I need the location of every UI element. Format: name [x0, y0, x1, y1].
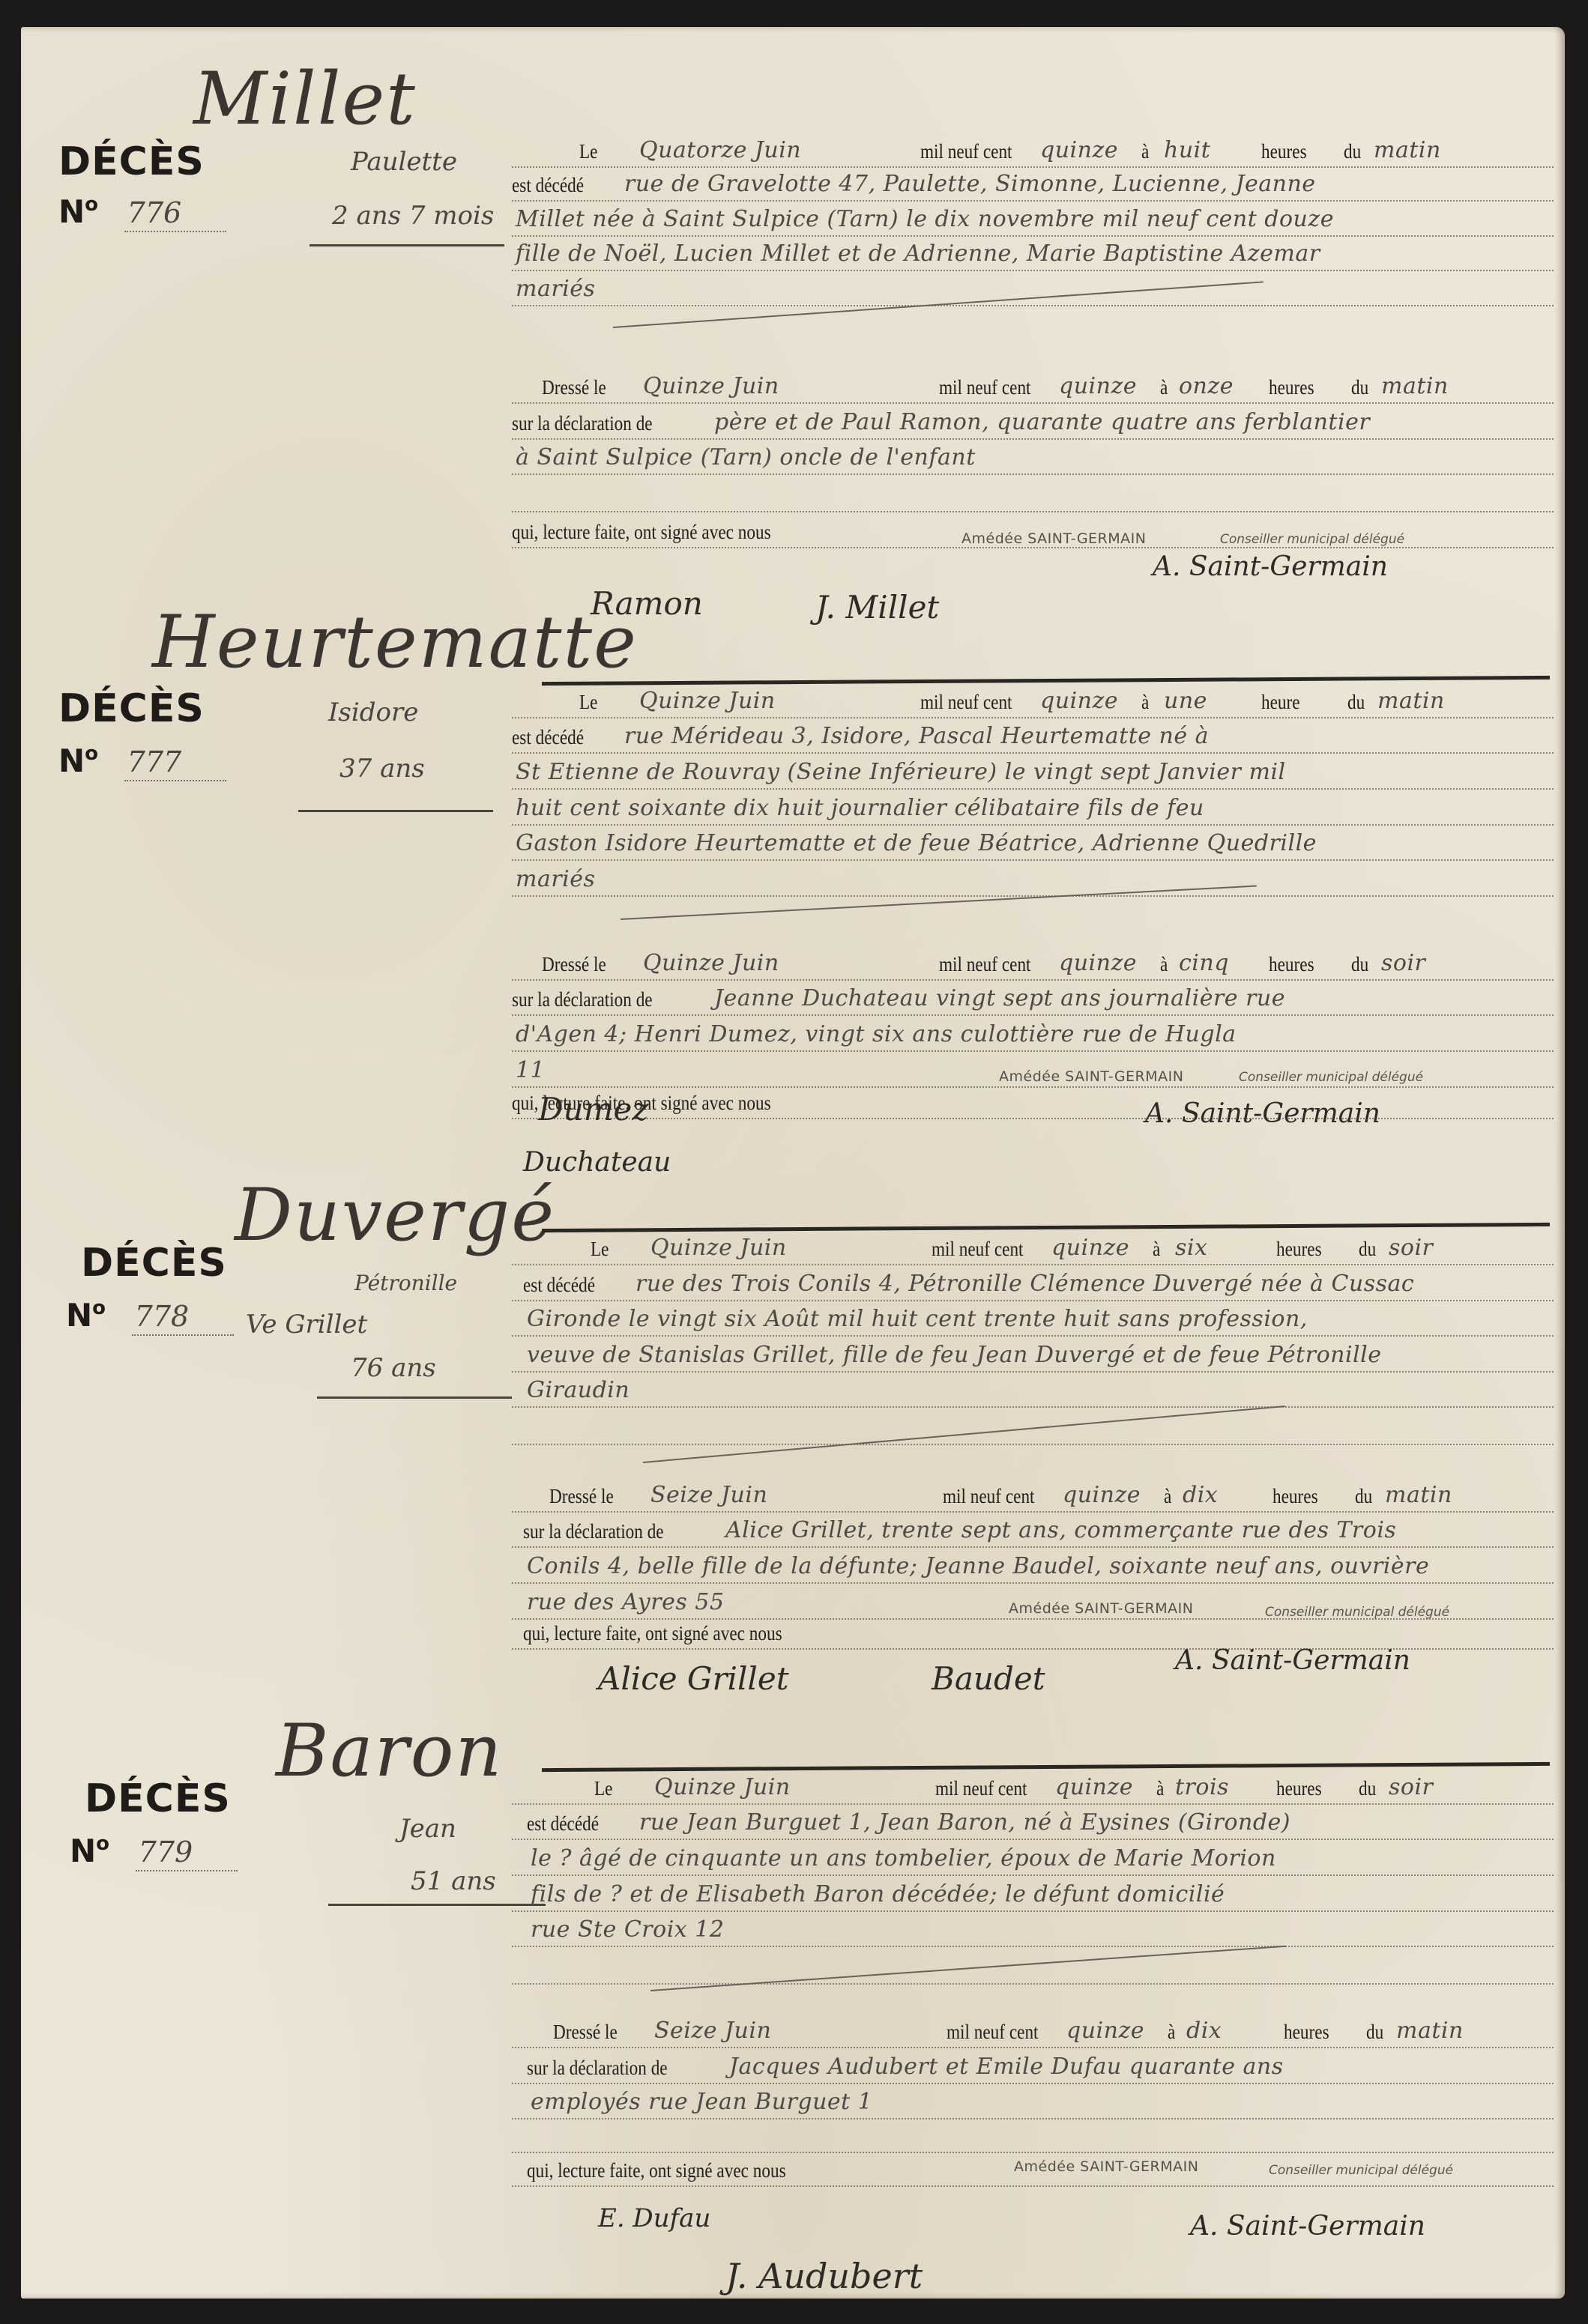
death-text-line: mariés — [512, 270, 1554, 306]
death-text-line: Giraudin — [512, 1372, 1554, 1408]
officer-stamp: Amédée SAINT-GERMAIN — [999, 1068, 1183, 1085]
death-hour: huit — [1164, 137, 1210, 163]
surname: Millet — [193, 57, 417, 141]
spouse-note: Ve Grillet — [246, 1310, 367, 1340]
surname: Baron — [276, 1709, 503, 1793]
blank-line — [512, 476, 1554, 512]
age: 51 ans — [411, 1866, 496, 1896]
record-number-value: 778 — [132, 1300, 235, 1336]
drawn-date-line: Dressé le Quinze Juin mil neuf cent quin… — [512, 945, 1554, 981]
declaration-line: employés rue Jean Burguet 1 — [512, 2084, 1554, 2119]
declaration-line: sur la déclaration de Alice Grillet, tre… — [512, 1512, 1554, 1548]
age: 2 ans 7 mois — [332, 201, 494, 231]
death-text-line: Gironde le vingt six Août mil huit cent … — [512, 1301, 1554, 1337]
age: 76 ans — [351, 1353, 436, 1383]
death-date-line: Le Quinze Juin mil neuf cent quinze à un… — [512, 683, 1554, 718]
death-text-line: Millet née à Saint Sulpice (Tarn) le dix… — [512, 201, 1554, 237]
death-text-line: rue Ste Croix 12 — [512, 1911, 1554, 1947]
officer-title-stamp: Conseiller municipal délégué — [1265, 1605, 1449, 1620]
signature-declarant-2: J. Audubert — [725, 2256, 923, 2296]
given-name: Jean — [399, 1814, 456, 1844]
death-year: quinze — [1040, 137, 1118, 163]
given-name: Pétronille — [354, 1271, 457, 1295]
death-date-line: Le Quinze Juin mil neuf cent quinze à tr… — [512, 1769, 1554, 1805]
record-number-value: 779 — [136, 1836, 238, 1871]
deces-heading: DÉCÈS — [85, 1776, 231, 1821]
signature-declarant-1: Dumez — [538, 1091, 649, 1128]
record-number: No 776 — [58, 193, 226, 230]
margin-divider — [317, 1396, 512, 1399]
signature-officer: A. Saint-Germain — [1153, 551, 1388, 582]
declaration-line: sur la déclaration de Jeanne Duchateau v… — [512, 980, 1554, 1016]
surname: Duvergé — [235, 1173, 555, 1257]
deces-heading: DÉCÈS — [58, 686, 205, 731]
record-number: No 779 — [70, 1833, 238, 1869]
record-number: No 777 — [58, 742, 226, 779]
signature-declarant-1: E. Dufau — [598, 2203, 710, 2233]
given-name: Paulette — [351, 147, 457, 177]
death-text-line: veuve de Stanislas Grillet, fille de feu… — [512, 1337, 1554, 1373]
death-text-line: huit cent soixante dix huit journalier c… — [512, 790, 1554, 826]
record-number-value: 776 — [124, 196, 227, 232]
record-number: No 778 — [66, 1297, 234, 1334]
drawn-hour: onze — [1179, 373, 1234, 399]
register-page: Millet DÉCÈS No 776 Paulette 2 ans 7 moi… — [21, 27, 1565, 2299]
officer-title-stamp: Conseiller municipal délégué — [1220, 532, 1404, 547]
deces-heading: DÉCÈS — [81, 1241, 227, 1286]
blank-line — [512, 2117, 1554, 2153]
blank-line — [512, 1949, 1554, 1985]
officer-stamp: Amédée SAINT-GERMAIN — [961, 530, 1146, 547]
death-text-line: est décédé rue Mérideau 3, Isidore, Pasc… — [512, 718, 1554, 754]
given-name: Isidore — [328, 697, 418, 727]
declaration-line: sur la déclaration de père et de Paul Ra… — [512, 404, 1554, 440]
officer-title-stamp: Conseiller municipal délégué — [1269, 2163, 1453, 2178]
death-text-line: fille de Noël, Lucien Millet et de Adrie… — [512, 235, 1554, 271]
death-text-line: est décédé rue de Gravelotte 47, Paulett… — [512, 166, 1554, 202]
drawn-date-line: Dressé le Seize Juin mil neuf cent quinz… — [512, 1477, 1554, 1513]
declaration-line: sur la déclaration de Jacques Audubert e… — [512, 2048, 1554, 2084]
margin-divider — [310, 244, 504, 246]
signature-officer: A. Saint-Germain — [1175, 1645, 1410, 1676]
death-text-line: St Etienne de Rouvray (Seine Inférieure)… — [512, 754, 1554, 790]
signature-officer: A. Saint-Germain — [1190, 2211, 1425, 2242]
signature-officer: A. Saint-Germain — [1145, 1098, 1380, 1129]
signature-declarant-2: J. Millet — [815, 589, 939, 626]
margin-divider — [298, 810, 493, 812]
officer-stamp: Amédée SAINT-GERMAIN — [1014, 2158, 1198, 2175]
deces-heading: DÉCÈS — [58, 139, 205, 184]
death-text-line: Gaston Isidore Heurtematte et de feue Bé… — [512, 825, 1554, 861]
surname: Heurtematte — [152, 600, 638, 684]
officer-stamp: Amédée SAINT-GERMAIN — [1009, 1600, 1193, 1617]
age: 37 ans — [339, 754, 425, 784]
death-text-line: mariés — [512, 861, 1554, 897]
drawn-year: quinze — [1059, 373, 1137, 399]
record-number-value: 777 — [124, 745, 227, 781]
death-text-line: est décédé rue Jean Burguet 1, Jean Baro… — [512, 1804, 1554, 1840]
death-text-line: est décédé rue des Trois Conils 4, Pétro… — [512, 1265, 1554, 1301]
signature-declarant-2: Baudet — [932, 1660, 1045, 1697]
death-text-line: fils de ? et de Elisabeth Baron décédée;… — [512, 1876, 1554, 1912]
declaration-line: d'Agen 4; Henri Dumez, vingt six ans cul… — [512, 1016, 1554, 1052]
death-period: matin — [1374, 137, 1441, 163]
officer-title-stamp: Conseiller municipal délégué — [1239, 1070, 1423, 1085]
death-date-line: Le Quinze Juin mil neuf cent quinze à si… — [512, 1229, 1554, 1265]
drawn-period: matin — [1381, 373, 1449, 399]
death-text-line: le ? âgé de cinquante un ans tombelier, … — [512, 1840, 1554, 1876]
drawn-date-line: Dressé le Quinze Juin mil neuf cent quin… — [512, 368, 1554, 404]
drawn-date-line: Dressé le Seize Juin mil neuf cent quinz… — [512, 2012, 1554, 2048]
death-day-month: Quatorze Juin — [639, 137, 801, 163]
signature-declarant-1: Alice Grillet — [598, 1660, 789, 1697]
signature-clause: qui, lecture faite, ont signé avec nous — [512, 1083, 1554, 1119]
death-date-line: Le Quatorze Juin mil neuf cent quinze à … — [512, 132, 1554, 168]
declaration-line: Conils 4, belle fille de la défunte; Jea… — [512, 1548, 1554, 1584]
drawn-day-month: Quinze Juin — [643, 373, 779, 399]
declaration-line: à Saint Sulpice (Tarn) oncle de l'enfant — [512, 439, 1554, 475]
